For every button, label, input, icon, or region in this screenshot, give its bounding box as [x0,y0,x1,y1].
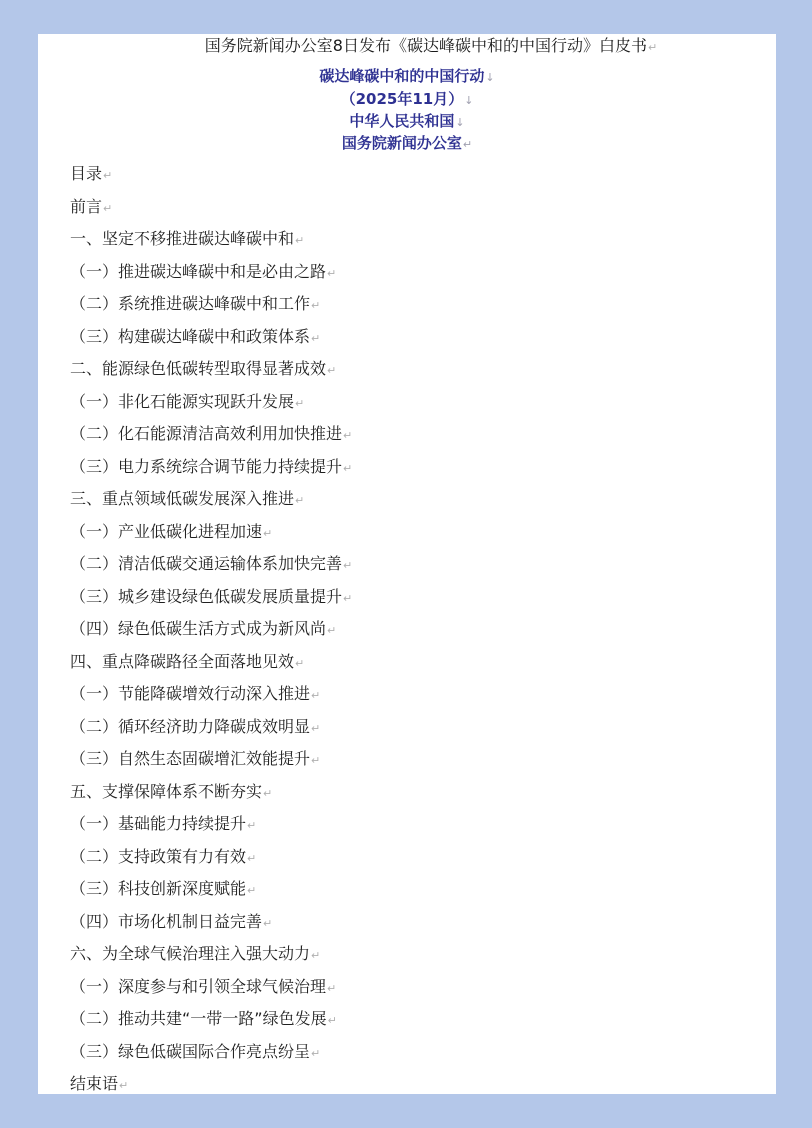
toc-section-item[interactable]: 六、为全球气候治理注入强大动力↵ [70,942,352,975]
toc-item-text: （二）系统推进碳达峰碳中和工作 [70,294,310,313]
toc-item-text: （三）科技创新深度赋能 [70,879,246,898]
paragraph-mark-icon: ↵ [295,234,304,247]
toc-item-text: （二）循环经济助力降碳成效明显 [70,717,310,736]
table-of-contents: 目录↵前言↵一、坚定不移推进碳达峰碳中和↵（一）推进碳达峰碳中和是必由之路↵（二… [70,162,352,1105]
toc-subsection-item[interactable]: （四）绿色低碳生活方式成为新风尚↵ [70,617,352,650]
toc-subsection-item[interactable]: （二）推动共建“一带一路”绿色发展↵ [70,1007,352,1040]
paragraph-mark-icon: ↵ [327,624,336,637]
toc-item-text: 结束语 [70,1074,118,1093]
paragraph-mark-icon: ↵ [343,462,352,475]
toc-subsection-item[interactable]: （一）产业低碳化进程加速↵ [70,520,352,553]
paragraph-mark-icon: ↵ [648,41,657,54]
toc-section-item[interactable]: 目录↵ [70,162,352,195]
paragraph-mark-icon: ↵ [295,494,304,507]
toc-item-text: （一）节能降碳增效行动深入推进 [70,684,310,703]
paragraph-mark-icon: ↵ [247,819,256,832]
paragraph-mark-icon: ↵ [311,754,320,767]
paragraph-mark-icon: ↵ [311,1047,320,1060]
paragraph-mark-icon: ↵ [295,657,304,670]
toc-item-text: （三）构建碳达峰碳中和政策体系 [70,327,310,346]
toc-subsection-item[interactable]: （二）清洁低碳交通运输体系加快完善↵ [70,552,352,585]
document-page: 国务院新闻办公室8日发布《碳达峰碳中和的中国行动》白皮书↵ 碳达峰碳中和的中国行… [38,34,776,1094]
toc-item-text: 一、坚定不移推进碳达峰碳中和 [70,229,294,248]
paragraph-mark-icon: ↵ [295,397,304,410]
paragraph-mark-icon: ↵ [247,884,256,897]
paragraph-mark-icon: ↵ [327,364,336,377]
toc-item-text: 四、重点降碳路径全面落地见效 [70,652,294,671]
toc-item-text: （三）电力系统综合调节能力持续提升 [70,457,342,476]
paragraph-mark-icon: ↵ [247,852,256,865]
toc-subsection-item[interactable]: （二）化石能源清洁高效利用加快推进↵ [70,422,352,455]
subtitle-line: 国务院新闻办公室↵ [38,133,776,155]
toc-item-text: （四）市场化机制日益完善 [70,912,262,931]
paragraph-mark-icon: ↵ [328,1014,337,1027]
paragraph-mark-icon: ↵ [311,689,320,702]
toc-item-text: （一）深度参与和引领全球气候治理 [70,977,326,996]
toc-item-text: （三）城乡建设绿色低碳发展质量提升 [70,587,342,606]
subtitle-text: （2025年11月） [341,90,464,108]
toc-item-text: 六、为全球气候治理注入强大动力 [70,944,310,963]
subtitle-line: 碳达峰碳中和的中国行动↓ [38,66,776,88]
paragraph-mark-icon: ↵ [343,592,352,605]
toc-subsection-item[interactable]: （二）支持政策有力有效↵ [70,845,352,878]
paragraph-mark-icon: ↵ [119,1079,128,1092]
subtitle-text: 中华人民共和国 [349,112,454,130]
toc-subsection-item[interactable]: （三）城乡建设绿色低碳发展质量提升↵ [70,585,352,618]
subtitle-line: （2025年11月）↓ [38,89,776,111]
toc-subsection-item[interactable]: （一）深度参与和引领全球气候治理↵ [70,975,352,1008]
toc-item-text: 二、能源绿色低碳转型取得显著成效 [70,359,326,378]
toc-subsection-item[interactable]: （三）科技创新深度赋能↵ [70,877,352,910]
subtitle-text: 国务院新闻办公室 [342,134,462,152]
paragraph-mark-icon: ↵ [311,299,320,312]
toc-subsection-item[interactable]: （二）系统推进碳达峰碳中和工作↵ [70,292,352,325]
toc-subsection-item[interactable]: （一）推进碳达峰碳中和是必由之路↵ [70,260,352,293]
toc-section-item[interactable]: 四、重点降碳路径全面落地见效↵ [70,650,352,683]
subtitle-text: 碳达峰碳中和的中国行动 [319,67,484,85]
subtitle-line: 中华人民共和国↓ [38,111,776,133]
toc-subsection-item[interactable]: （一）基础能力持续提升↵ [70,812,352,845]
line-break-mark-icon: ↓ [455,116,464,129]
line-break-mark-icon: ↓ [485,71,494,84]
toc-item-text: （四）绿色低碳生活方式成为新风尚 [70,619,326,638]
toc-item-text: 三、重点领域低碳发展深入推进 [70,489,294,508]
toc-subsection-item[interactable]: （二）循环经济助力降碳成效明显↵ [70,715,352,748]
toc-item-text: （二）推动共建“一带一路”绿色发展 [70,1009,327,1028]
toc-section-item[interactable]: 前言↵ [70,195,352,228]
toc-item-text: （二）支持政策有力有效 [70,847,246,866]
paragraph-mark-icon: ↵ [343,559,352,572]
paragraph-mark-icon: ↵ [327,267,336,280]
toc-item-text: 五、支撑保障体系不断夯实 [70,782,262,801]
toc-subsection-item[interactable]: （一）节能降碳增效行动深入推进↵ [70,682,352,715]
paragraph-mark-icon: ↵ [103,202,112,215]
paragraph-mark-icon: ↵ [263,527,272,540]
toc-item-text: （三）自然生态固碳增汇效能提升 [70,749,310,768]
paragraph-mark-icon: ↵ [463,138,472,151]
document-title-text: 国务院新闻办公室8日发布《碳达峰碳中和的中国行动》白皮书 [205,36,647,55]
toc-item-text: 目录 [70,164,102,183]
toc-subsection-item[interactable]: （三）自然生态固碳增汇效能提升↵ [70,747,352,780]
toc-item-text: （一）产业低碳化进程加速 [70,522,262,541]
paragraph-mark-icon: ↵ [263,917,272,930]
toc-subsection-item[interactable]: （三）绿色低碳国际合作亮点纷呈↵ [70,1040,352,1073]
line-break-mark-icon: ↓ [464,94,473,107]
document-title: 国务院新闻办公室8日发布《碳达峰碳中和的中国行动》白皮书↵ [38,36,776,58]
toc-section-item[interactable]: 二、能源绿色低碳转型取得显著成效↵ [70,357,352,390]
paragraph-mark-icon: ↵ [311,332,320,345]
toc-item-text: （一）推进碳达峰碳中和是必由之路 [70,262,326,281]
toc-item-text: 前言 [70,197,102,216]
toc-section-item[interactable]: 结束语↵ [70,1072,352,1105]
toc-subsection-item[interactable]: （四）市场化机制日益完善↵ [70,910,352,943]
toc-section-item[interactable]: 五、支撑保障体系不断夯实↵ [70,780,352,813]
toc-item-text: （二）清洁低碳交通运输体系加快完善 [70,554,342,573]
toc-section-item[interactable]: 一、坚定不移推进碳达峰碳中和↵ [70,227,352,260]
toc-subsection-item[interactable]: （三）电力系统综合调节能力持续提升↵ [70,455,352,488]
paragraph-mark-icon: ↵ [311,949,320,962]
paragraph-mark-icon: ↵ [343,429,352,442]
toc-item-text: （三）绿色低碳国际合作亮点纷呈 [70,1042,310,1061]
toc-item-text: （一）非化石能源实现跃升发展 [70,392,294,411]
toc-section-item[interactable]: 三、重点领域低碳发展深入推进↵ [70,487,352,520]
toc-item-text: （二）化石能源清洁高效利用加快推进 [70,424,342,443]
toc-subsection-item[interactable]: （一）非化石能源实现跃升发展↵ [70,390,352,423]
paragraph-mark-icon: ↵ [327,982,336,995]
paragraph-mark-icon: ↵ [263,787,272,800]
paragraph-mark-icon: ↵ [103,169,112,182]
toc-item-text: （一）基础能力持续提升 [70,814,246,833]
toc-subsection-item[interactable]: （三）构建碳达峰碳中和政策体系↵ [70,325,352,358]
paragraph-mark-icon: ↵ [311,722,320,735]
